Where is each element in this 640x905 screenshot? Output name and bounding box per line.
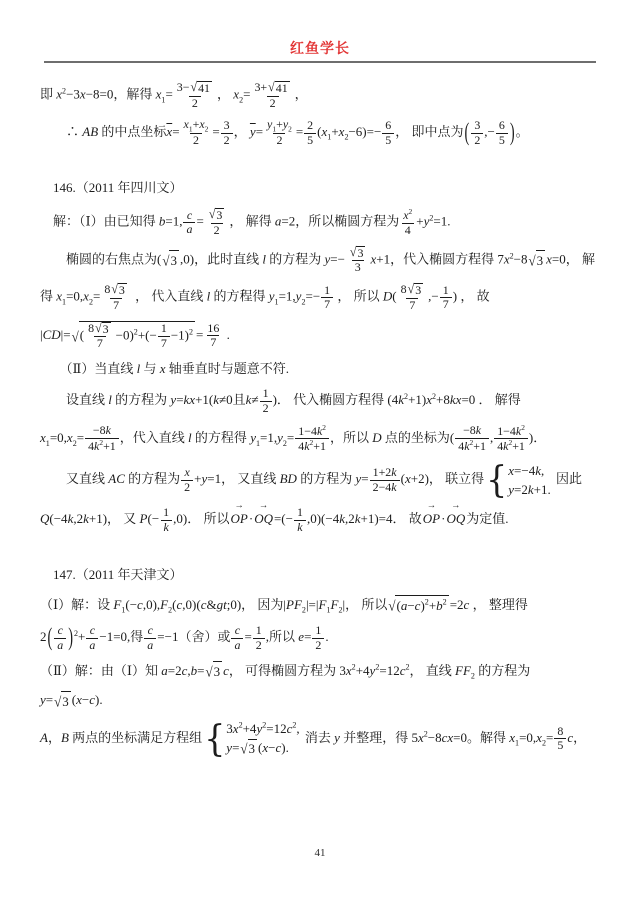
sol-146-op-oq-dot: Q(−4k,2k+1)， 又 P(−1k,0)． 所以OP·OQ=(−1k,0)… [40,506,600,534]
sqrt: √41 [191,81,213,96]
fraction: x1+x22 [181,118,212,148]
fraction: 25 [304,119,316,147]
sol-146-cd-length: |CD|=√(8√37−0)2+(−17−1)2=167 . [40,321,600,351]
sol-147-part1: （Ⅰ）解：设 F1(−c,0),F2(c,0)(c&gt;0)， 因为|PF2|… [40,595,600,617]
fraction: 32 [471,119,483,147]
sol-146-part2-note: （Ⅱ）当直线 l 与 x 轴垂直时与题意不符. [40,359,600,379]
fraction: 17 [321,284,333,312]
sol-146-coords-d: x1=0,x2=−8k4k2+1，代入直线 l 的方程得 y1=1,y2=1−4… [40,424,600,454]
fraction: 65 [382,119,394,147]
page-footer: 41 [0,847,640,859]
fraction: 8√37 [85,322,115,351]
fraction: 17 [440,284,452,312]
radical-sign: √ [240,739,247,759]
brace-icon: { [204,723,225,754]
fraction: 12 [312,624,324,652]
fraction: 17 [158,322,170,350]
sqrt: √(a−c)2+b2 [388,595,448,616]
sqrt: √41 [268,81,290,96]
sqrt: √3 [111,283,127,298]
vector: OQ [446,507,465,529]
sqrt: √3 [95,322,111,337]
sqrt: √(8√37−0)2+(−17−1)2 [72,321,195,351]
fraction: ca [231,624,243,652]
fraction: 1+2k2−4k [370,466,400,494]
brand-title: 红鱼学长 [0,38,640,58]
fraction: 85 [554,725,566,753]
fraction: 12 [260,387,272,415]
radical-sign: √ [72,319,79,352]
midpoint-conclusion: ∴ AB 的中点坐标x=x1+x22=32， y=y1+y22=25(x1+x2… [40,118,600,148]
sqrt: √3 [54,691,71,712]
radical-sign: √ [95,321,102,337]
equation-system: {3x2+4y2=12c2,y=√3(x−c). [204,720,299,758]
sqrt: √3 [240,739,257,758]
fraction: 3+√412 [251,81,293,110]
equation-system: {x=−4k,y=2k+1. [486,462,551,498]
fraction: ca [86,624,98,652]
brace-icon: { [486,465,507,496]
fraction: 32 [221,119,233,147]
radical-sign: √ [54,690,61,713]
sol-147-part2-setup: （Ⅱ）解：由（Ⅰ）知 a=2c,b=√3c， 可得椭圆方程为 3x2+4y2=1… [40,661,600,683]
eq-quadratic-solutions: 即 x2−3x−8=0，解得 x1=3−√412， x2=3+√412， [40,81,600,110]
radical-sign: √ [162,249,169,272]
fraction: ca [183,209,195,237]
problem-146-heading: 146.（2011 年四川文） [40,178,600,198]
page-number: 41 [315,847,326,859]
fraction: 1−4k24k2+1 [494,424,528,454]
fraction: 1−4k24k2+1 [295,424,329,454]
document-content: 即 x2−3x−8=0，解得 x1=3−√412， x2=3+√412， ∴ A… [0,63,640,758]
radical-sign: √ [408,283,415,299]
sol-146-line-l: 设直线 l 的方程为 y=kx+1(k≠0且k≠12)． 代入椭圆方程得 (4k… [40,387,600,415]
radical-sign: √ [205,660,212,683]
sol-147-line-eq: y=√3(x−c). [40,690,600,712]
document-page: 红鱼学长 即 x2−3x−8=0，解得 x1=3−√412， x2=3+√412… [0,0,640,905]
sqrt: √3 [408,283,424,298]
fraction: √33 [346,246,370,275]
fraction: 8√37 [101,283,131,312]
fraction: −8k4k2+1 [85,424,119,453]
sqrt: √3 [205,661,222,682]
sqrt: √3 [529,250,546,271]
radical-sign: √ [529,249,536,272]
vector: OQ [254,507,273,529]
page-header: 红鱼学长 [0,0,640,63]
radical-sign: √ [350,245,357,261]
radical-sign: √ [388,594,395,617]
radical-sign: √ [209,208,216,224]
fraction: 167 [204,322,222,350]
fraction: x24 [400,208,415,237]
fraction: ca [54,624,66,652]
sol-147-eccentricity: 2(ca)2+ca−1=0,得ca=−1（舍）或ca=12,所以 e=12. [40,624,600,652]
sqrt: √3 [162,250,179,271]
fraction: 1k [160,506,172,534]
fraction: √32 [205,208,229,237]
sol-146-lines-ac-bd: 又直线 AC 的方程为x2+y=1， 又直线 BD 的方程为 y=1+2k2−4… [40,462,600,498]
radical-sign: √ [111,283,118,299]
radical-sign: √ [191,80,198,96]
fraction: −8k4k2+1 [455,424,489,453]
vector: OP [423,507,440,529]
fraction: 1k [294,506,306,534]
vector: OP [231,507,248,529]
sol-147-system: A，B 两点的坐标满足方程组{3x2+4y2=12c2,y=√3(x−c). 消… [40,720,600,758]
fraction: ca [144,624,156,652]
fraction: 8√37 [398,283,428,312]
fraction: y1+y22 [264,118,295,148]
radical-sign: √ [268,80,275,96]
parenthesized-group: (ca) [47,624,75,652]
fraction: 65 [496,119,508,147]
sol-146-focus-line: 椭圆的右焦点为(√3,0)，此时直线 l 的方程为 y=−√33x+1，代入椭圆… [40,246,600,275]
sol-146-part1: 解：（Ⅰ）由已知得 b=1,ca=√32， 解得 a=2，所以椭圆方程为x24+… [40,208,600,237]
fraction: 3−√412 [174,81,216,110]
sqrt: √3 [209,208,225,223]
problem-147-heading: 147.（2011 年天津文） [40,565,600,585]
parenthesized-group: (32,−65) [464,119,516,147]
sol-146-xvalues: 得 x1=0,x2=8√37 ， 代入直线 l 的方程得 y1=1,y2=−17… [40,283,600,312]
sqrt: √3 [350,246,366,261]
fraction: x2 [181,466,193,494]
fraction: 12 [253,624,265,652]
